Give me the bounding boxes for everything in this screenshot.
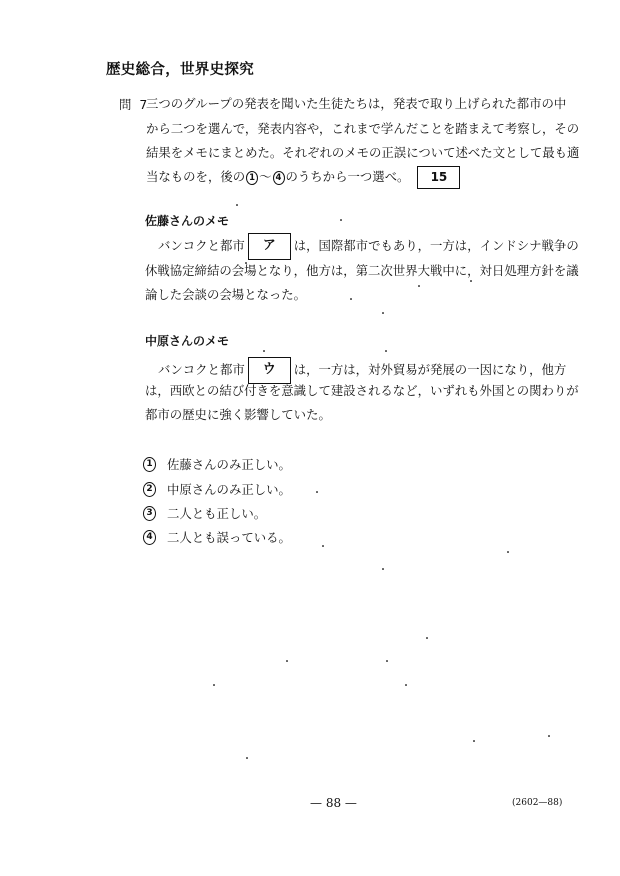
- option-3-text: 二人とも正しい。: [167, 504, 266, 522]
- circled-number-4-icon: 4: [143, 530, 156, 545]
- scan-speck: [236, 204, 238, 206]
- memo-nakahara-line-1-suffix: は，一方は，対外貿易が発展の一因になり，他方: [294, 362, 567, 377]
- question-line-3: 結果をメモにまとめた。それぞれのメモの正誤について述べた文として最も適: [146, 145, 579, 161]
- circled-number-1-icon: 1: [143, 457, 156, 472]
- option-4[interactable]: 4 二人とも誤っている。: [143, 528, 291, 546]
- memo-nakahara-line-3: 都市の歴史に強く影響していた。: [145, 407, 331, 423]
- range-separator: ～: [259, 169, 271, 184]
- scan-speck: [405, 684, 407, 686]
- question-line-4-suffix: のうちから一つ選べ。: [286, 169, 410, 184]
- option-3[interactable]: 3 二人とも正しい。: [143, 504, 266, 522]
- memo-sato-line-1: バンコクと都市アは，国際都市でもあり，一方は，インドシナ戦争の: [158, 233, 579, 260]
- scan-speck: [507, 551, 509, 553]
- scan-speck: [473, 740, 475, 742]
- circled-number-1-icon: 1: [246, 171, 258, 185]
- scan-speck: [382, 312, 384, 314]
- scan-speck: [322, 545, 324, 547]
- circled-number-2-icon: 2: [143, 482, 156, 497]
- blank-box-u: ウ: [248, 357, 291, 384]
- blank-box-a: ア: [248, 233, 291, 260]
- memo-nakahara-line-1: バンコクと都市ウは，一方は，対外貿易が発展の一因になり，他方: [158, 357, 566, 384]
- scan-speck: [340, 219, 342, 221]
- memo-sato-line-3: 論した会談の会場となった。: [145, 287, 306, 303]
- section-title: 歴史総合，世界史探究: [106, 58, 254, 79]
- scan-speck: [382, 568, 384, 570]
- option-2[interactable]: 2 中原さんのみ正しい。: [143, 480, 291, 498]
- scan-speck: [246, 757, 248, 759]
- question-line-4: 当なものを，後の1～4のうちから一つ選べ。15: [146, 166, 460, 189]
- exam-page: 歴史総合，世界史探究 問 7 三つのグループの発表を聞いた生徒たちは，発表で取り…: [0, 0, 620, 876]
- scan-speck: [286, 660, 288, 662]
- memo-sato-line-2: 休戦協定締結の会場となり，他方は，第二次世界大戦中に，対日処理方針を議: [145, 263, 579, 279]
- scan-speck: [213, 684, 215, 686]
- scan-speck: [245, 262, 247, 264]
- question-line-4-prefix: 当なものを，後の: [146, 169, 245, 184]
- page-number: — 88 —: [310, 796, 357, 810]
- option-1-text: 佐藤さんのみ正しい。: [167, 455, 291, 473]
- option-4-text: 二人とも誤っている。: [167, 528, 291, 546]
- circled-number-3-icon: 3: [143, 506, 156, 521]
- scan-speck: [386, 660, 388, 662]
- scan-speck: [316, 491, 318, 493]
- scan-speck: [385, 350, 387, 352]
- exam-code: (2602—88): [512, 798, 562, 808]
- question-line-1: 三つのグループの発表を聞いた生徒たちは，発表で取り上げられた都市の中: [146, 96, 566, 112]
- memo-sato-line-1-suffix: は，国際都市でもあり，一方は，インドシナ戦争の: [294, 238, 579, 253]
- scan-speck: [418, 285, 420, 287]
- circled-number-4-icon: 4: [273, 171, 285, 185]
- answer-number-box: 15: [417, 166, 460, 189]
- memo-nakahara-heading: 中原さんのメモ: [145, 332, 229, 349]
- memo-sato-heading: 佐藤さんのメモ: [145, 212, 229, 229]
- question-number: 問 7: [119, 95, 149, 113]
- scan-speck: [470, 280, 472, 282]
- scan-speck: [426, 637, 428, 639]
- memo-nakahara-line-2: は，西欧との結び付きを意識して建設されるなど，いずれも外国との関わりが: [145, 383, 579, 399]
- scan-speck: [350, 298, 352, 300]
- question-line-2: から二つを選んで，発表内容や，これまで学んだことを踏まえて考察し，その: [146, 121, 579, 137]
- memo-sato-line-1-prefix: バンコクと都市: [158, 238, 245, 253]
- option-1[interactable]: 1 佐藤さんのみ正しい。: [143, 455, 291, 473]
- scan-speck: [548, 735, 550, 737]
- memo-nakahara-line-1-prefix: バンコクと都市: [158, 362, 245, 377]
- scan-speck: [263, 350, 265, 352]
- option-2-text: 中原さんのみ正しい。: [167, 480, 291, 498]
